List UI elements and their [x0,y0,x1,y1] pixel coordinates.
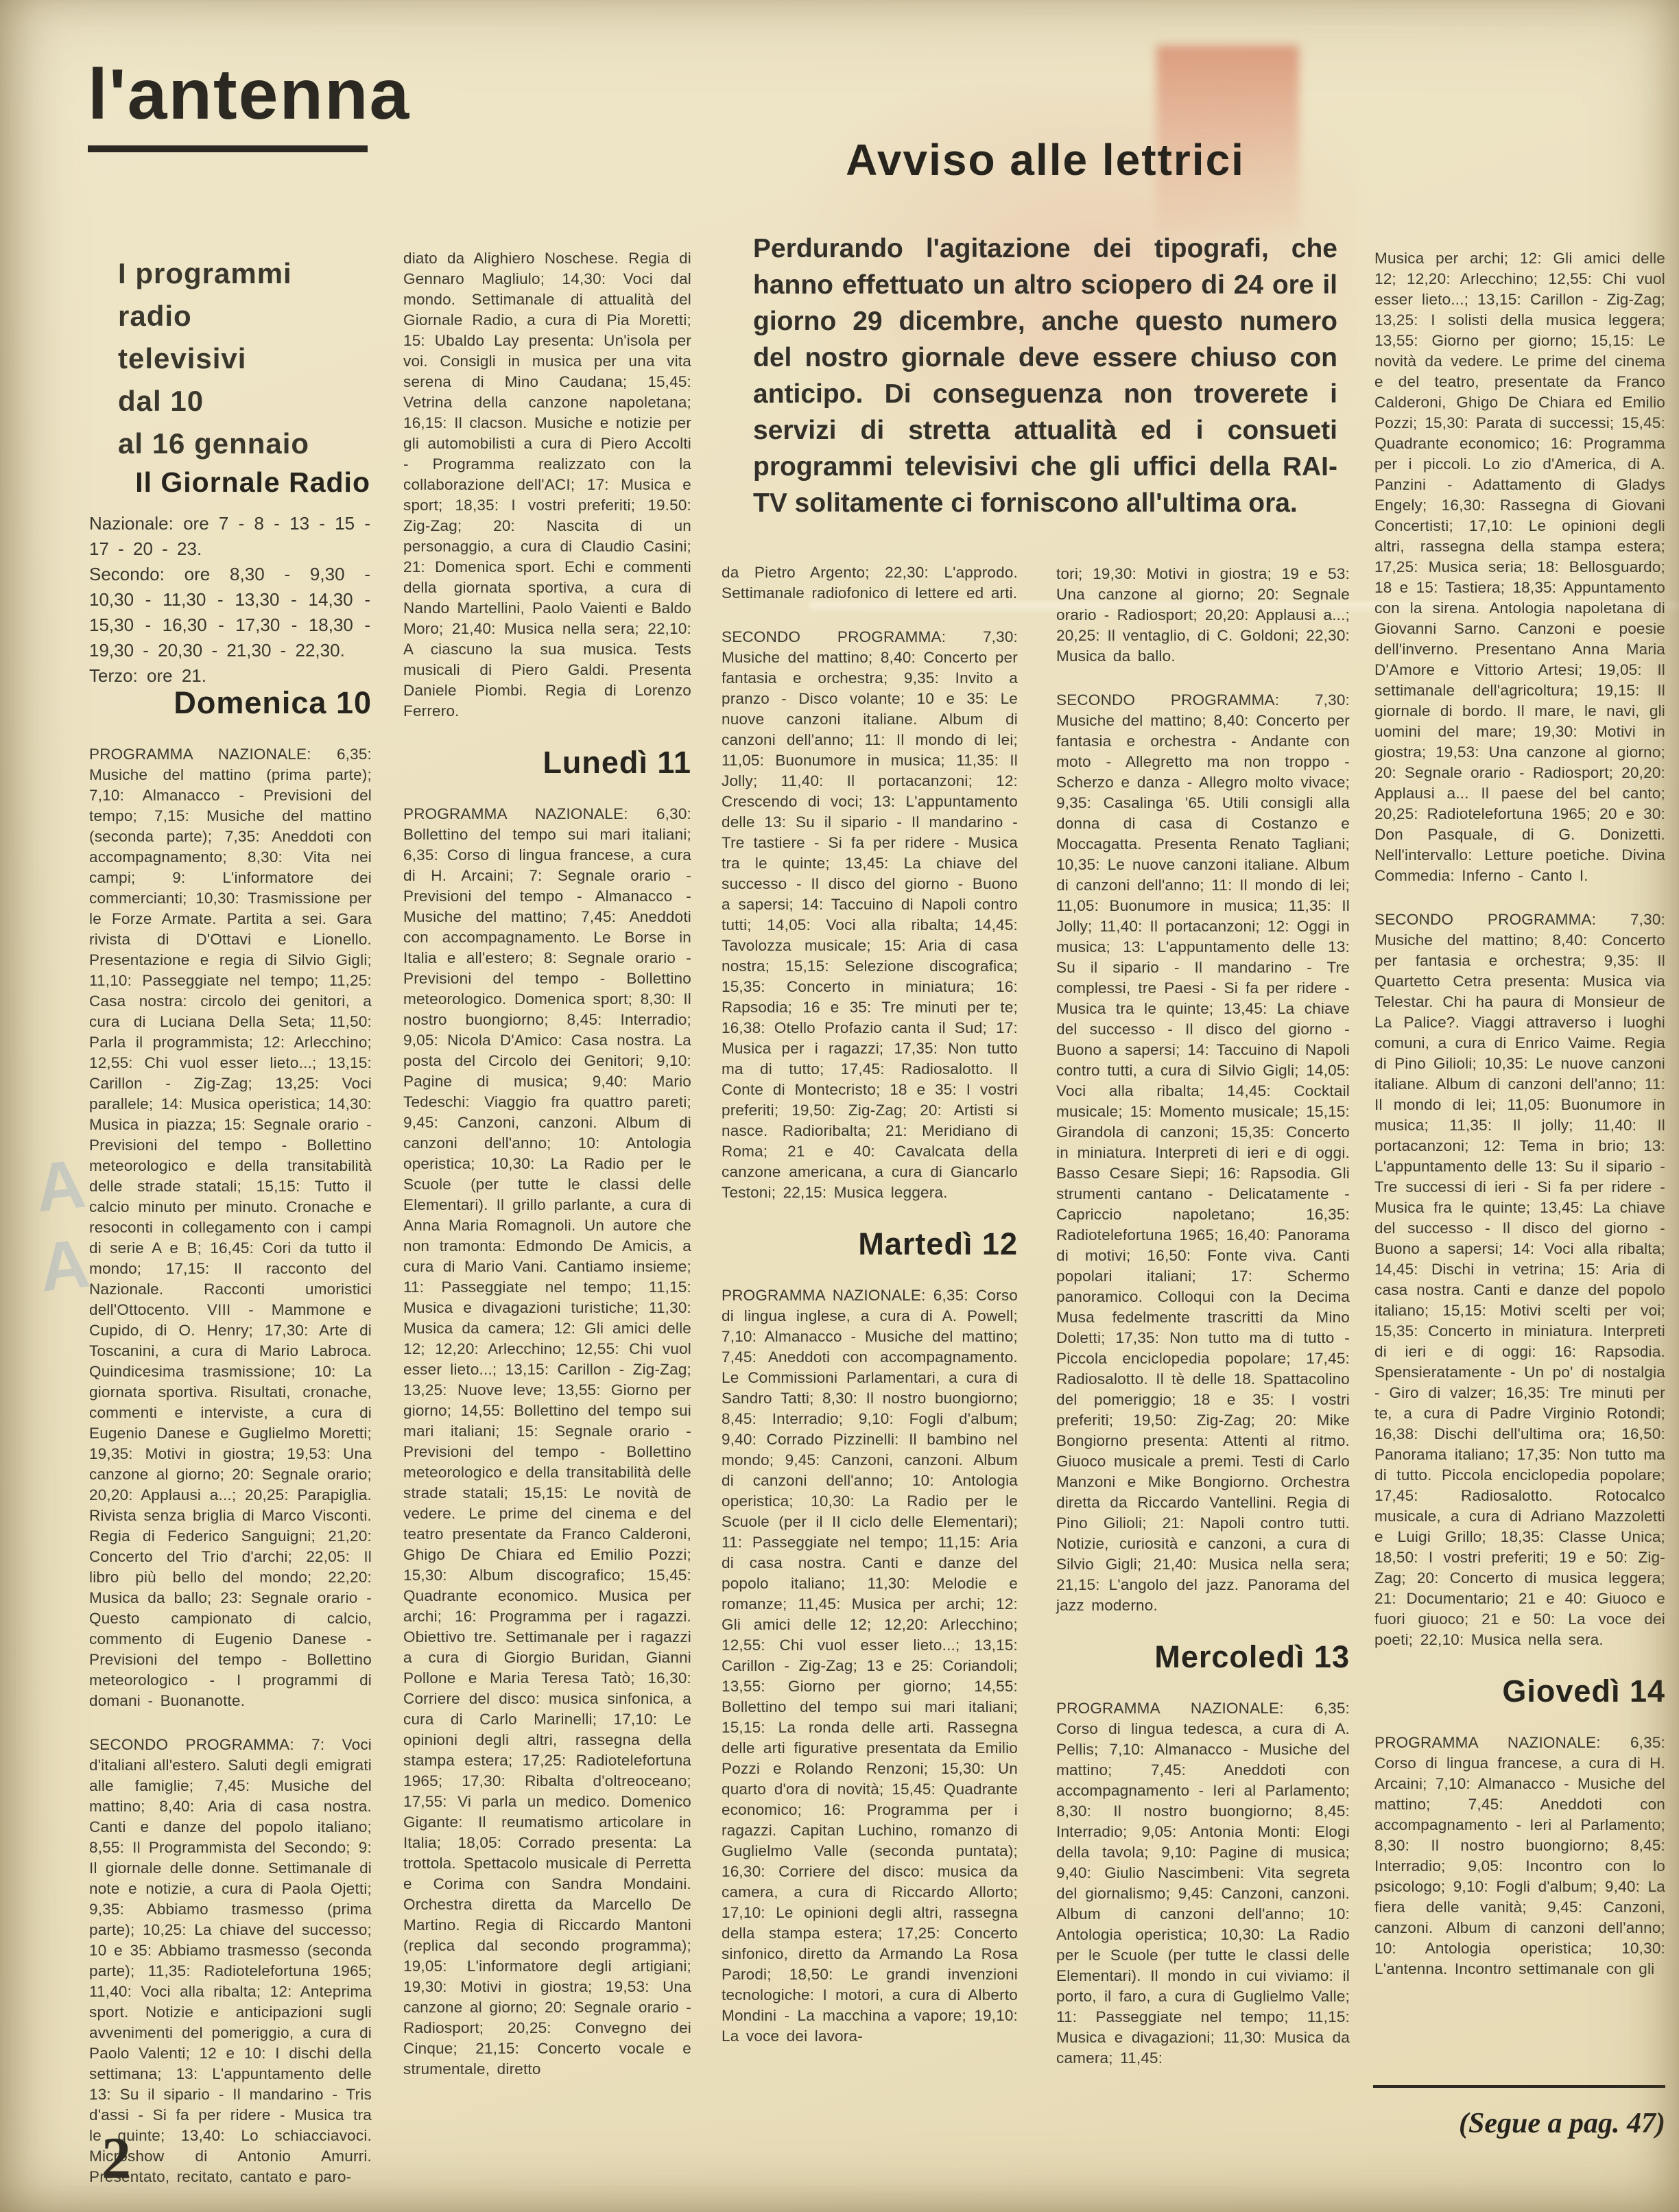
subtitle-line: radio [118,295,379,337]
lunedi-nazionale-continuation: da Pietro Argento; 22,30: L'approdo. Set… [722,562,1018,604]
giornale-radio-heading: Il Giornale Radio [89,466,370,499]
masthead: l'antenna [88,59,372,152]
day-heading-mercoledi: Mercoledì 13 [1056,1639,1350,1675]
day-heading-martedi: Martedì 12 [722,1226,1018,1262]
martedi-programma-nazionale: PROGRAMMA NAZIONALE: 6,35: Corso di ling… [722,1285,1018,2047]
day-heading-domenica: Domenica 10 [89,685,372,721]
column-mercoledi: tori; 19,30: Motivi in giostra; 19 e 53:… [1056,564,1350,2092]
column-lunedi: diato da Alighiero Noschese. Regia di Ge… [403,248,691,2103]
column-giovedi: Musica per archi; 12: Gli amici delle 12… [1374,248,1665,2003]
subtitle-line: al 16 gennaio [118,423,379,465]
subtitle-block: I programmi radio televisivi dal 10 al 1… [118,252,379,465]
martedi-nazionale-continuation: tori; 19,30: Motivi in giostra; 19 e 53:… [1056,564,1350,667]
schedule-line-secondo: Secondo: ore 8,30 - 9,30 - 10,30 - 11,30… [89,562,370,663]
avviso-heading: Avviso alle lettrici [753,134,1337,185]
mercoledi-secondo-programma: SECONDO PROGRAMMA: 7,30: Musiche del mat… [1374,909,1665,1650]
avviso-section: Avviso alle lettrici Perdurando l'agitaz… [753,134,1337,521]
column-domenica: Domenica 10 PROGRAMMA NAZIONALE: 6,35: M… [89,676,372,2211]
ghost-print-letter: A [32,1145,89,1228]
day-heading-lunedi: Lunedì 11 [403,745,691,781]
subtitle-line: televisivi [118,337,379,380]
avviso-body: Perdurando l'agitazione dei tipografi, c… [753,230,1337,521]
column-martedi: da Pietro Argento; 22,30: L'approdo. Set… [722,562,1018,2070]
subtitle-line: I programmi [118,252,379,295]
ghost-print-letter: A [36,1224,93,1308]
magazine-page: A A l'antenna I programmi radio televisi… [0,0,1679,2212]
page-number: 2 [102,2124,131,2192]
continuation-note: (Segue a pag. 47) [1373,2085,1665,2140]
page-title: l'antenna [88,59,372,130]
martedi-secondo-programma: SECONDO PROGRAMMA: 7,30: Musiche del mat… [1056,690,1350,1616]
giornale-radio-section: Il Giornale Radio Nazionale: ore 7 - 8 -… [89,466,370,689]
domenica-programma-nazionale: PROGRAMMA NAZIONALE: 6,35: Musiche del m… [89,744,372,1711]
day-heading-giovedi: Giovedì 14 [1374,1674,1665,1709]
giovedi-programma-nazionale: PROGRAMMA NAZIONALE: 6,35: Corso di ling… [1374,1733,1665,1979]
subtitle-line: dal 10 [118,380,379,423]
domenica-secondo-continuation: diato da Alighiero Noschese. Regia di Ge… [403,248,691,722]
mercoledi-nazionale-continuation: Musica per archi; 12: Gli amici delle 12… [1374,248,1665,886]
mercoledi-programma-nazionale: PROGRAMMA NAZIONALE: 6,35: Corso di ling… [1056,1698,1350,2069]
giornale-radio-schedule: Nazionale: ore 7 - 8 - 13 - 15 - 17 - 20… [89,511,370,689]
schedule-line-nazionale: Nazionale: ore 7 - 8 - 13 - 15 - 17 - 20… [89,511,370,562]
lunedi-programma-nazionale: PROGRAMMA NAZIONALE: 6,30: Bollettino de… [403,804,691,2080]
lunedi-secondo-programma: SECONDO PROGRAMMA: 7,30: Musiche del mat… [722,627,1018,1203]
title-underline [88,145,368,152]
domenica-secondo-programma: SECONDO PROGRAMMA: 7: Voci d'italiani al… [89,1735,372,2187]
